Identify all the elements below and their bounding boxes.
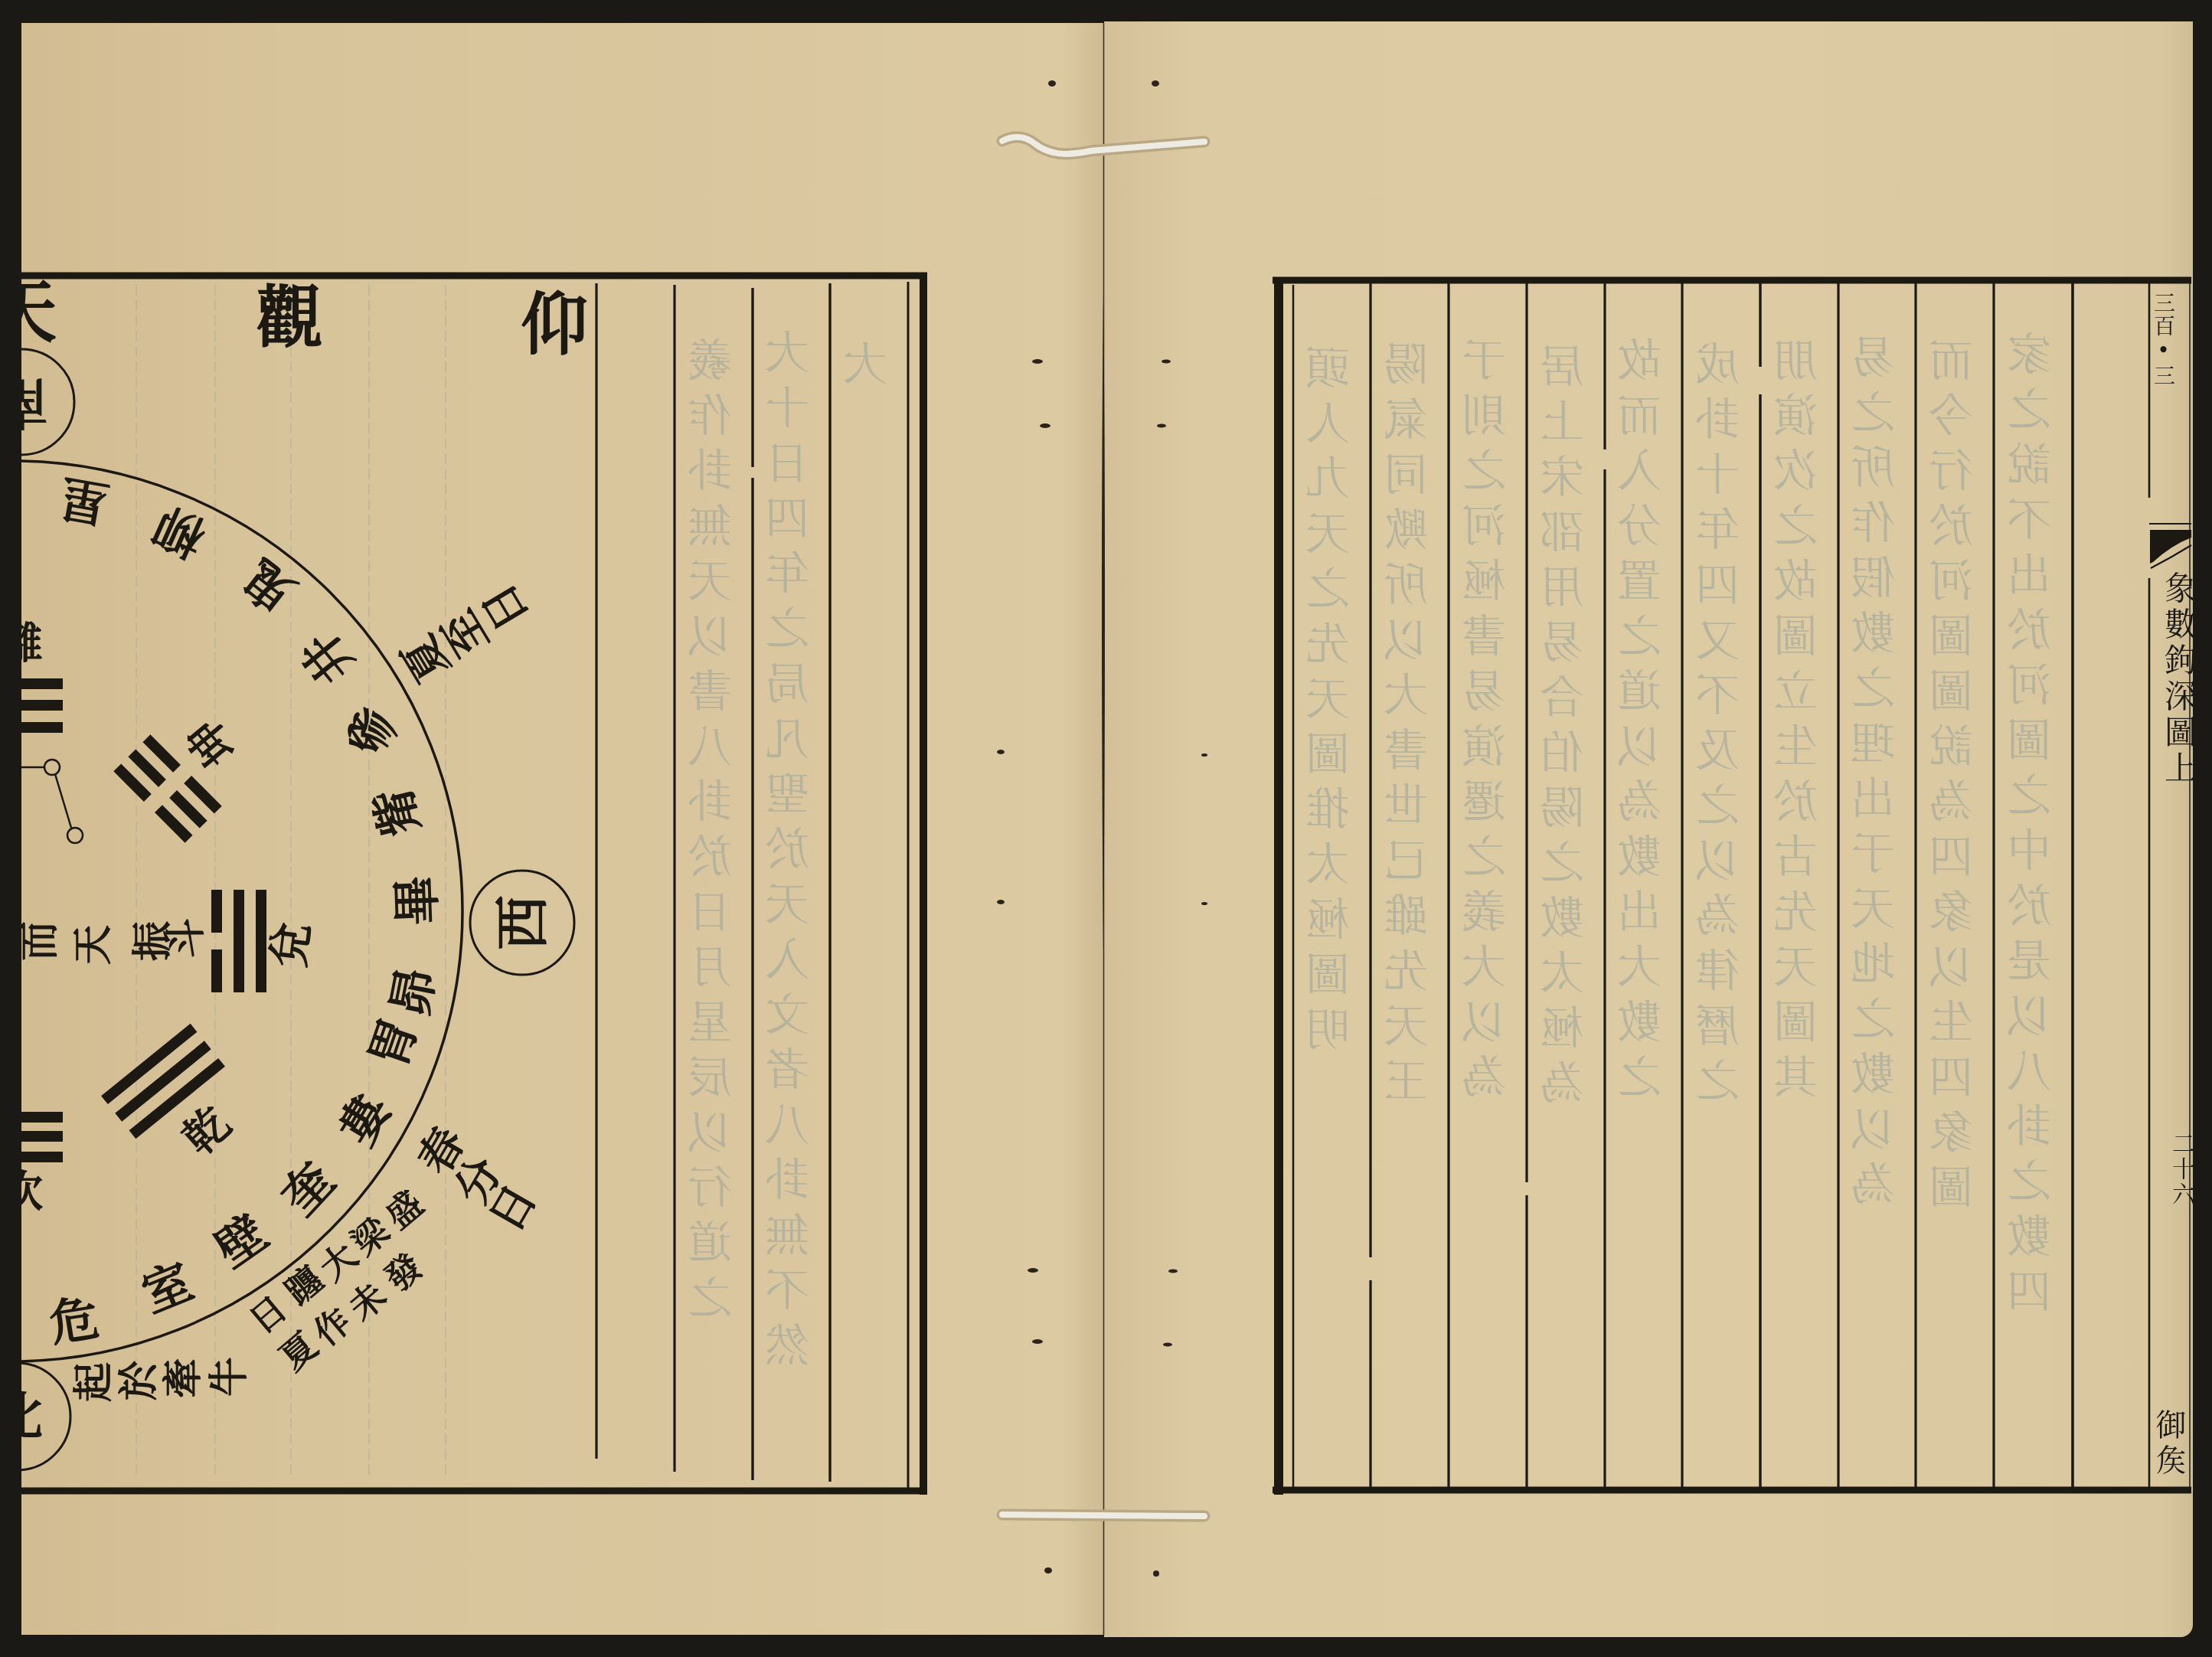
right-page-content: 家之說不出於河圖之中於是以八卦之數四 而今行於河圖圖說為四象以生四象圖 易之所作… <box>1104 21 2193 1637</box>
leaf-number: 二十六 <box>2169 1132 2192 1208</box>
origin-annotation-char: 牛 <box>210 1357 250 1397</box>
diagram-title-char: 天 <box>21 278 57 345</box>
lunar-mansion: 星 <box>56 472 113 528</box>
direction-south-label: 南 <box>21 375 48 429</box>
lunar-mansion: 畢 <box>393 875 443 926</box>
dipper-annotation-char: 而 <box>21 921 60 961</box>
show-through-column: 大 <box>847 341 891 396</box>
book-title-block: 象數鉤深圖上 <box>2162 571 2193 787</box>
lunar-mansion: 昴 <box>385 963 443 1021</box>
dipper-annotation-char: 斗 <box>167 918 207 958</box>
dipper-annotation-char: 天 <box>74 925 113 965</box>
trigram-li-edge-label: 離 <box>21 622 43 665</box>
lunar-mansion: 危 <box>46 1293 102 1349</box>
origin-annotation-char: 起 <box>74 1362 114 1402</box>
trigram-kan-edge-icon <box>21 1112 63 1162</box>
fish-tail-mark-icon <box>2150 530 2191 564</box>
origin-annotation-char: 牽 <box>164 1358 204 1398</box>
volume-label: 上 <box>2160 751 2193 787</box>
constellation-icon <box>21 760 83 843</box>
right-page-frame <box>1273 277 2191 1495</box>
book-spread: 羲作卦無天以書八卦於日月星辰以行道之 大十日四年之局凡聖於天入文者八卦無不然 大… <box>0 0 2212 1657</box>
origin-annotation-char: 於 <box>119 1361 159 1400</box>
trigram-kan-edge-label: 坎 <box>21 1170 43 1213</box>
direction-west-label: 西 <box>495 895 550 950</box>
right-page: 家之說不出於河圖之中於是以八卦之數四 而今行於河圖圖說為四象以生四象圖 易之所作… <box>1104 21 2193 1637</box>
right-page-lines <box>1104 21 2193 1637</box>
diagram-title-char: 觀 <box>256 283 323 351</box>
left-page-content: 羲作卦無天以書八卦於日月星辰以行道之 大十日四年之局凡聖於天入文者八卦無不然 大… <box>21 23 1104 1635</box>
trigram-dui-label: 兌 <box>266 920 316 970</box>
diagram-title-char: 仰 <box>521 290 588 358</box>
bottom-mark: 御矦 <box>2153 1409 2184 1479</box>
book-title: 象數鉤深圖 <box>2160 571 2193 751</box>
collection-number: 三百•三 <box>2152 292 2174 387</box>
trigram-dui-icon <box>211 890 266 992</box>
trigram-li-edge-icon <box>21 678 63 733</box>
direction-north-label: 北 <box>21 1391 43 1443</box>
show-through-column: 大十日四年之局凡聖於天入文者八卦無不然 <box>769 329 813 1377</box>
show-through-column: 羲作卦無天以書八卦於日月星辰以行道之 <box>691 337 736 1329</box>
left-page: 羲作卦無天以書八卦於日月星辰以行道之 大十日四年之局凡聖於天入文者八卦無不然 大… <box>21 23 1104 1635</box>
